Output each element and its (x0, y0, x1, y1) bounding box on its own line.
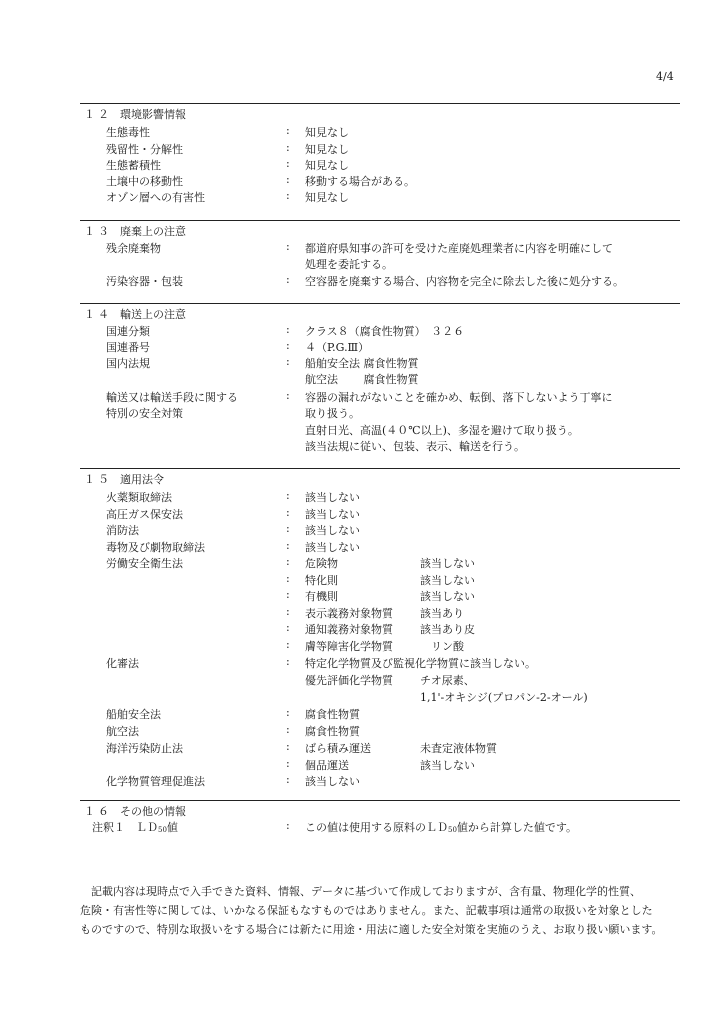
row-value: 取り扱う。 (305, 405, 360, 421)
colon: : (286, 655, 290, 668)
row-value: ４（P.G.Ⅲ） (305, 339, 369, 355)
row-value-secondary: 該当しない (420, 588, 475, 604)
row-value: 知見なし (305, 124, 349, 140)
colon: : (286, 555, 290, 568)
row-value: 危険物 (305, 555, 338, 571)
colon: : (286, 638, 290, 651)
row-value-secondary: 該当あり (420, 605, 464, 621)
colon: : (286, 572, 290, 585)
colon: : (286, 355, 290, 368)
section-number: １４ (84, 308, 112, 321)
row-label: 輸送又は輸送手段に関する (106, 389, 238, 405)
section-divider (80, 468, 680, 469)
row-value: 移動する場合がある。 (305, 173, 415, 189)
colon: : (286, 323, 290, 336)
section-divider (80, 220, 680, 221)
row-label: 生態毒性 (106, 124, 150, 140)
row-value: 該当しない (305, 506, 360, 522)
row-value: 優先評価化学物質 (305, 672, 393, 688)
section-divider (80, 103, 680, 104)
row-value: 該当しない (305, 773, 360, 789)
row-value-secondary: リン酸 (420, 638, 464, 654)
subscript: 50 (158, 826, 167, 834)
colon: : (286, 522, 290, 535)
row-label: 火薬類取締法 (106, 489, 172, 505)
row-value: 該当しない (305, 539, 360, 555)
row-value: 直射日光、高温(４０℃以上)、多湿を避けて取り扱う。 (305, 422, 579, 438)
row-label: 特別の安全対策 (106, 405, 183, 421)
row-label: 土壌中の移動性 (106, 173, 183, 189)
section-heading: 輸送上の注意 (120, 308, 186, 321)
section-number: １６ (84, 805, 112, 818)
note-value-text: 値から計算した値です。 (457, 821, 577, 834)
colon: : (286, 539, 290, 552)
row-value: ばら積み運送 (305, 740, 371, 756)
section-16-title: １６その他の情報 (84, 803, 186, 819)
row-label: 高圧ガス保安法 (106, 506, 183, 522)
row-value: 個品運送 (305, 757, 349, 773)
colon: : (286, 506, 290, 519)
note-label-text: 注釈１ ＬＤ (92, 821, 158, 834)
colon: : (286, 706, 290, 719)
row-label: 消防法 (106, 522, 139, 538)
row-value: 知見なし (305, 189, 349, 205)
section-number: １２ (84, 108, 112, 121)
row-label: 化学物質管理促進法 (106, 773, 205, 789)
colon: : (286, 189, 290, 202)
colon: : (286, 124, 290, 137)
row-label: 国連分類 (106, 323, 150, 339)
section-divider (80, 800, 680, 801)
row-label: 生態蓄積性 (106, 157, 161, 173)
colon: : (286, 157, 290, 170)
row-value: 腐食性物質 (305, 706, 360, 722)
row-value: クラス８（腐食性物質） ３２６ (305, 323, 464, 339)
section-12-title: １２環境影響情報 (84, 106, 186, 122)
row-value-secondary: 1,1'-オキシジ(プロパン-2-オール) (420, 689, 588, 705)
row-label: 航空法 (106, 723, 139, 739)
colon: : (286, 819, 290, 832)
row-value: 通知義務対象物質 (305, 621, 393, 637)
row-value: 処理を委託する。 (305, 256, 393, 272)
row-value: 都道府県知事の許可を受けた産廃処理業者に内容を明確にして (305, 240, 613, 256)
colon: : (286, 773, 290, 786)
colon: : (286, 757, 290, 770)
section-heading: 環境影響情報 (120, 108, 186, 121)
row-value: 該当法規に従い、包装、表示、輸送を行う。 (305, 438, 525, 454)
row-value: この値は使用する原料のＬＤ50値から計算した値です。 (305, 819, 577, 835)
colon: : (286, 588, 290, 601)
colon: : (286, 273, 290, 286)
row-label: 労働安全衛生法 (106, 555, 183, 571)
row-value: 知見なし (305, 141, 349, 157)
row-value: 腐食性物質 (305, 723, 360, 739)
row-value: 知見なし (305, 157, 349, 173)
row-value: 該当しない (305, 522, 360, 538)
colon: : (286, 240, 290, 253)
row-value: 有機則 (305, 588, 338, 604)
row-label: 国内法規 (106, 355, 150, 371)
colon: : (286, 141, 290, 154)
section-number: １５ (84, 473, 112, 486)
row-label: 残留性・分解性 (106, 141, 183, 157)
row-label: 汚染容器・包装 (106, 273, 183, 289)
section-15-title: １５適用法令 (84, 471, 164, 487)
disclaimer-line: 記載内容は現時点で入手できた資料、情報、データに基づいて作成しておりますが、含有… (80, 882, 680, 901)
row-label: 船舶安全法 (106, 706, 161, 722)
row-label: オゾン層への有害性 (106, 189, 205, 205)
row-value-secondary: 該当しない (420, 555, 475, 571)
disclaimer-line: ものですので、特別な取扱いをする場合には新たに用途・用法に適した安全対策を実施の… (80, 920, 680, 939)
disclaimer: 記載内容は現時点で入手できた資料、情報、データに基づいて作成しておりますが、含有… (80, 882, 680, 939)
page-number: 4/4 (656, 70, 674, 83)
row-label: 化審法 (106, 655, 139, 671)
section-heading: その他の情報 (120, 805, 186, 818)
row-value: 該当しない (305, 489, 360, 505)
section-number: １３ (84, 225, 112, 238)
section-heading: 廃棄上の注意 (120, 225, 186, 238)
section-heading: 適用法令 (120, 473, 164, 486)
row-value: 膚等障害化学物質 (305, 638, 393, 654)
colon: : (286, 740, 290, 753)
subscript: 50 (448, 826, 457, 834)
row-value: 航空法 腐食性物質 (305, 371, 419, 387)
disclaimer-line: 危険・有害性等に関しては、いかなる保証もなすものではありません。また、記載事項は… (80, 901, 680, 920)
row-label: 毒物及び劇物取締法 (106, 539, 205, 555)
colon: : (286, 173, 290, 186)
section-divider (80, 303, 680, 304)
section-14-title: １４輸送上の注意 (84, 306, 186, 322)
row-value: 船舶安全法 腐食性物質 (305, 355, 419, 371)
row-value-secondary: 該当しない (420, 572, 475, 588)
row-value: 特定化学物質及び監視化学物質に該当しない。 (305, 655, 536, 671)
row-value-secondary: 該当しない (420, 757, 475, 773)
colon: : (286, 489, 290, 502)
row-value-secondary: 未査定液体物質 (420, 740, 497, 756)
row-label: 残余廃棄物 (106, 240, 161, 256)
row-label: 注釈１ ＬＤ50値 (92, 819, 178, 835)
row-label: 海洋汚染防止法 (106, 740, 183, 756)
row-value: 表示義務対象物質 (305, 605, 393, 621)
colon: : (286, 723, 290, 736)
colon: : (286, 605, 290, 618)
colon: : (286, 621, 290, 634)
row-value: 特化則 (305, 572, 338, 588)
row-value-secondary: 該当あり皮 (420, 621, 475, 637)
colon: : (286, 339, 290, 352)
row-value-secondary: チオ尿素、 (420, 672, 475, 688)
row-value: 空容器を廃棄する場合、内容物を完全に除去した後に処分する。 (305, 273, 624, 289)
colon: : (286, 389, 290, 402)
note-value-text: この値は使用する原料のＬＤ (305, 821, 448, 834)
row-value: 容器の漏れがないことを確かめ、転倒、落下しないよう丁寧に (305, 389, 613, 405)
row-label: 国連番号 (106, 339, 150, 355)
note-label-text: 値 (167, 821, 178, 834)
section-13-title: １３廃棄上の注意 (84, 223, 186, 239)
